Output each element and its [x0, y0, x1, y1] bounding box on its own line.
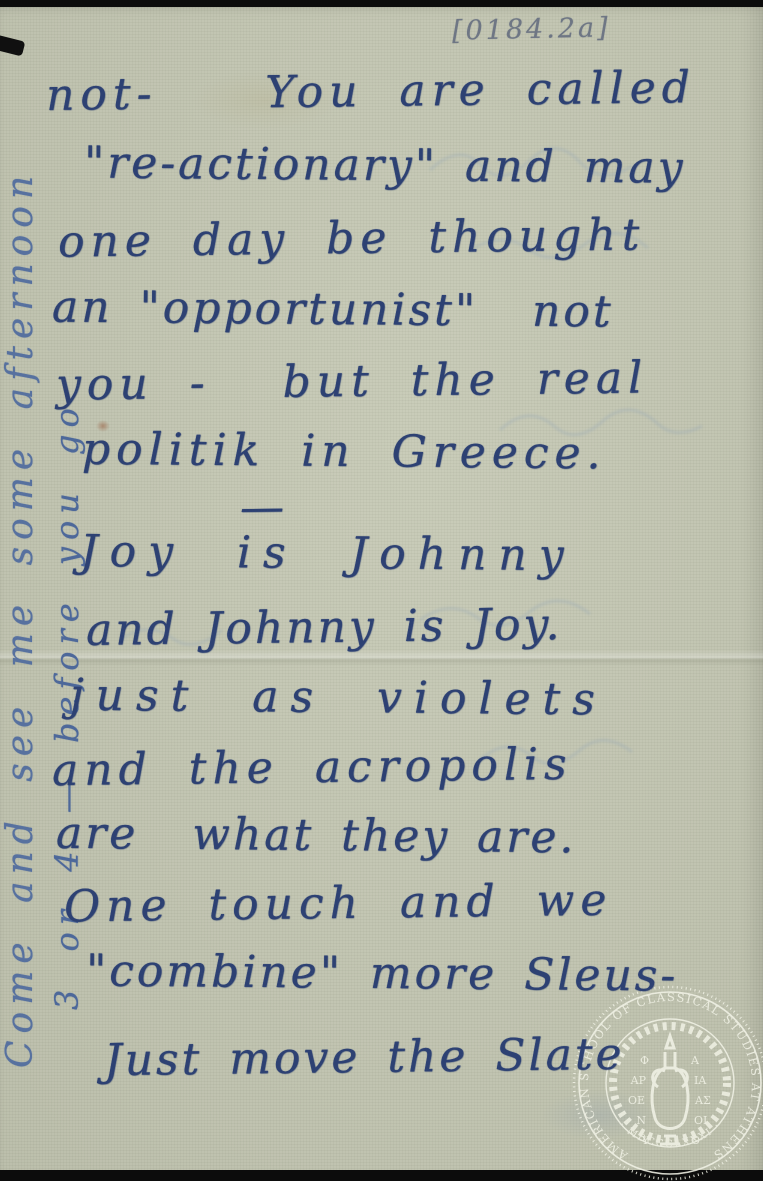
handwritten-line-10: just as violets [70, 670, 607, 726]
handwritten-line-9: and Johnny is Joy. [86, 599, 563, 656]
scanned-letter-page: [0184.2a] not- You are called "re-action… [0, 0, 763, 1181]
handwritten-line-4: an "opportunist" not [52, 282, 614, 338]
amphora-icon [652, 1036, 688, 1144]
svg-text:ΑΣ: ΑΣ [694, 1094, 711, 1107]
handwritten-line-8: Joy is Johnny [80, 526, 576, 581]
archival-notation: [0184.2a] [452, 12, 611, 46]
handwritten-line-7: — [240, 482, 291, 534]
handwritten-line-5: you - but the real [56, 352, 649, 410]
scan-edge-nib [0, 35, 25, 57]
handwritten-line-14: "combine" more Sleus- [86, 945, 679, 1001]
svg-text:Ν: Ν [636, 1114, 646, 1127]
handwritten-line-11: and the acropolis [52, 739, 573, 796]
svg-text:ΟΙ: ΟΙ [694, 1114, 707, 1127]
svg-text:ΟΕ: ΟΕ [628, 1094, 645, 1107]
margin-note-line-1: Come and see me some afternoon [0, 169, 41, 1068]
handwritten-line-2: "re-actionary" and may [84, 137, 686, 193]
scan-edge-top [0, 0, 763, 7]
svg-text:Φ: Φ [640, 1054, 649, 1067]
handwritten-line-6: politik in Greece. [82, 424, 607, 480]
svg-text:ΑΡ: ΑΡ [630, 1074, 647, 1087]
handwritten-line-1: not- You are called [46, 62, 696, 121]
handwritten-line-13: One touch and we [64, 875, 613, 933]
handwritten-line-3: one day be thought [58, 209, 646, 267]
svg-text:Α: Α [690, 1054, 700, 1067]
handwritten-line-12: are what they are. [56, 808, 577, 864]
svg-text:Ο: Ο [691, 1134, 700, 1147]
svg-text:ΙΑ: ΙΑ [694, 1074, 707, 1087]
handwritten-line-15: Just move the Slate [104, 1029, 625, 1086]
svg-text:Υ: Υ [641, 1134, 650, 1147]
